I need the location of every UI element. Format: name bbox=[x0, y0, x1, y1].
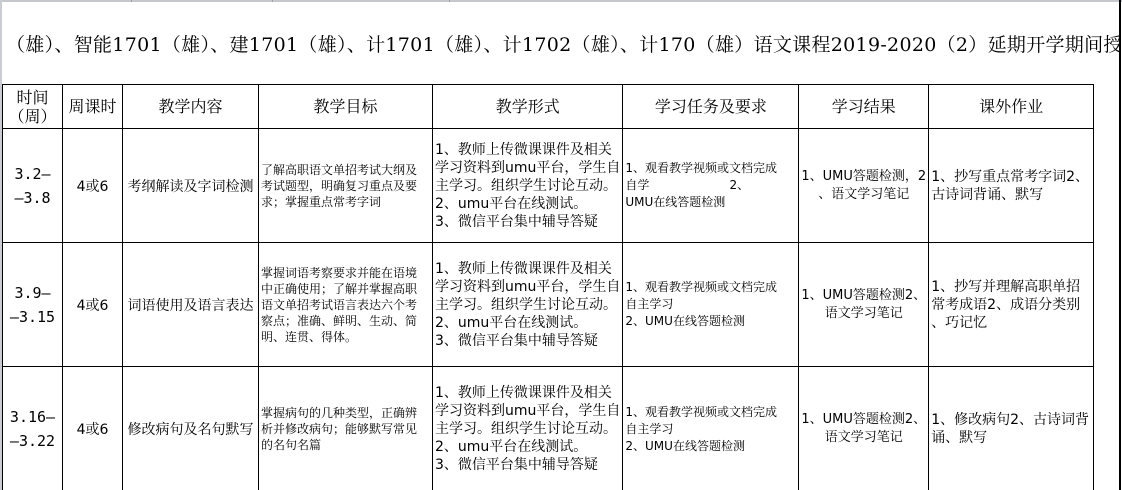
cell-line: 了解高职语文单招考试大纲及 bbox=[261, 162, 430, 178]
cell-line: 3、微信平台集中辅导答疑 bbox=[435, 332, 620, 350]
document-title-row: （雄）、智能1701（雄）、建1701（雄）、计1701（雄）、计1702（雄）… bbox=[2, 2, 1120, 84]
cell-line: 语文学习笔记 bbox=[801, 429, 926, 447]
cell-time: 3.9— —3.15 bbox=[3, 243, 63, 367]
table-row: 3.9— —3.15 4或6 词语使用及语言表达 掌握词语考察要求并能在语境 中… bbox=[3, 243, 1094, 367]
cell-line: 3.16— bbox=[5, 405, 60, 429]
cell-hours: 4或6 bbox=[63, 243, 123, 367]
header-time-line: 时间 bbox=[5, 88, 60, 107]
sheet-right-border bbox=[1119, 0, 1121, 490]
cell-line: 1、观看教学视频或文档完成 bbox=[625, 404, 796, 421]
cell-line: 1、UMU答题检测，2 bbox=[801, 168, 926, 186]
cell-line: 自主学习 bbox=[625, 421, 796, 438]
cell-line: 常考成语2、成语分类别 bbox=[931, 296, 1091, 314]
schedule-table: 时间 （周） 周课时 教学内容 教学目标 教学形式 学习任务及要求 学习结果 课… bbox=[2, 84, 1094, 490]
cell-form: 1、教师上传微课课件及相关 学习资料到umu平台，学生自 主学习。组织学生讨论互… bbox=[433, 129, 623, 243]
cell-content: 词语使用及语言表达 bbox=[123, 243, 259, 367]
cell-line: 自学 2、 bbox=[625, 177, 796, 194]
cell-line: 的名句名篇 bbox=[261, 437, 430, 453]
cell-result: 1、UMU答题检测2、 语文学习笔记 bbox=[799, 367, 929, 490]
cell-result: 1、UMU答题检测2、 语文学习笔记 bbox=[799, 243, 929, 367]
cell-task: 1、观看教学视频或文档完成 自学 2、 UMU在线答题检测 bbox=[623, 129, 799, 243]
header-teaching-form: 教学形式 bbox=[433, 85, 623, 129]
cell-line: 语文学习笔记 bbox=[801, 305, 926, 323]
cell-form: 1、教师上传微课课件及相关 学习资料到umu平台，学生自 主学习。组织学生讨论互… bbox=[433, 367, 623, 490]
cell-task: 1、观看教学视频或文档完成 自主学习 2、UMU在线答题检测 bbox=[623, 367, 799, 490]
header-weekly-hours: 周课时 bbox=[63, 85, 123, 129]
cell-line: 求；掌握重点常考字词 bbox=[261, 194, 430, 210]
cell-homework: 1、抄写重点常考字词2、 古诗词背诵、默写 bbox=[929, 129, 1094, 243]
cell-line: 掌握词语考察要求并能在语境 bbox=[261, 265, 430, 281]
cell-line: 2、umu平台在线测试。 bbox=[435, 438, 620, 456]
cell-line: —3.22 bbox=[5, 429, 60, 453]
cell-line: 学习资料到umu平台，学生自 bbox=[435, 159, 620, 177]
header-time-line: （周） bbox=[5, 107, 60, 126]
cell-line: 、语文学习笔记 bbox=[801, 186, 926, 204]
document-title: （雄）、智能1701（雄）、建1701（雄）、计1701（雄）、计1702（雄）… bbox=[2, 30, 1120, 57]
cell-line: 语文单招考试语言表达六个考 bbox=[261, 297, 430, 313]
cell-content: 考纲解读及字词检测 bbox=[123, 129, 259, 243]
cell-line: 1、UMU答题检测2、 bbox=[801, 411, 926, 429]
cell-content: 修改病句及名句默写 bbox=[123, 367, 259, 490]
cell-line: —3.8 bbox=[5, 186, 60, 210]
cell-line: 自主学习 bbox=[625, 296, 796, 313]
cell-hours: 4或6 bbox=[63, 129, 123, 243]
cell-form: 1、教师上传微课课件及相关 学习资料到umu平台，学生自 主学习。组织学生讨论互… bbox=[433, 243, 623, 367]
cell-line: 学习资料到umu平台，学生自 bbox=[435, 402, 620, 420]
header-learning-result: 学习结果 bbox=[799, 85, 929, 129]
cell-line: 3.2— bbox=[5, 162, 60, 186]
table-row: 3.16— —3.22 4或6 修改病句及名句默写 掌握病句的几种类型，正确辨 … bbox=[3, 367, 1094, 490]
cell-time: 3.16— —3.22 bbox=[3, 367, 63, 490]
table-header-row: 时间 （周） 周课时 教学内容 教学目标 教学形式 学习任务及要求 学习结果 课… bbox=[3, 85, 1094, 129]
cell-line: 析并修改病句；能够默写常见 bbox=[261, 421, 430, 437]
cell-line: 3、微信平台集中辅导答疑 bbox=[435, 456, 620, 474]
cell-line: 古诗词背诵、默写 bbox=[931, 186, 1091, 204]
cell-line: 1、抄写重点常考字词2、 bbox=[931, 168, 1091, 186]
header-time: 时间 （周） bbox=[3, 85, 63, 129]
cell-task: 1、观看教学视频或文档完成 自主学习 2、UMU在线答题检测 bbox=[623, 243, 799, 367]
cell-line: 1、教师上传微课课件及相关 bbox=[435, 141, 620, 159]
cell-line: 2、UMU在线答题检测 bbox=[625, 438, 796, 455]
cell-line: 中正确使用；了解并掌握高职 bbox=[261, 281, 430, 297]
cell-homework: 1、修改病句2、古诗词背 诵、默写 bbox=[929, 367, 1094, 490]
cell-line: 1、修改病句2、古诗词背 bbox=[931, 411, 1091, 429]
cell-goal: 掌握病句的几种类型，正确辨 析并修改病句；能够默写常见 的名句名篇 bbox=[259, 367, 433, 490]
cell-goal: 掌握词语考察要求并能在语境 中正确使用；了解并掌握高职 语文单招考试语言表达六个… bbox=[259, 243, 433, 367]
cell-line: 1、观看教学视频或文档完成 bbox=[625, 279, 796, 296]
header-teaching-content: 教学内容 bbox=[123, 85, 259, 129]
cell-line: 察点；准确、鲜明、生动、简 bbox=[261, 313, 430, 329]
cell-line: 1、抄写并理解高职单招 bbox=[931, 278, 1091, 296]
cell-homework: 1、抄写并理解高职单招 常考成语2、成语分类别 、巧记忆 bbox=[929, 243, 1094, 367]
cell-line: 主学习。组织学生讨论互动。 bbox=[435, 296, 620, 314]
table-row: 3.2— —3.8 4或6 考纲解读及字词检测 了解高职语文单招考试大纲及 考试… bbox=[3, 129, 1094, 243]
cell-line: 主学习。组织学生讨论互动。 bbox=[435, 177, 620, 195]
header-teaching-goal: 教学目标 bbox=[259, 85, 433, 129]
cell-line: 明、连贯、得体。 bbox=[261, 329, 430, 345]
cell-line: 2、UMU在线答题检测 bbox=[625, 313, 796, 330]
header-homework: 课外作业 bbox=[929, 85, 1094, 129]
cell-line: 掌握病句的几种类型，正确辨 bbox=[261, 405, 430, 421]
cell-line: 、巧记忆 bbox=[931, 314, 1091, 332]
cell-line: 1、教师上传微课课件及相关 bbox=[435, 384, 620, 402]
cell-line: 1、观看教学视频或文档完成 bbox=[625, 160, 796, 177]
cell-line: UMU在线答题检测 bbox=[625, 194, 796, 211]
cell-line: 3、微信平台集中辅导答疑 bbox=[435, 213, 620, 231]
cell-line: 学习资料到umu平台，学生自 bbox=[435, 278, 620, 296]
header-learning-task: 学习任务及要求 bbox=[623, 85, 799, 129]
cell-line: 考试题型，明确复习重点及要 bbox=[261, 178, 430, 194]
cell-line: 主学习。组织学生讨论互动。 bbox=[435, 420, 620, 438]
cell-result: 1、UMU答题检测，2 、语文学习笔记 bbox=[799, 129, 929, 243]
cell-line: 1、UMU答题检测2、 bbox=[801, 287, 926, 305]
cell-line: 2、umu平台在线测试。 bbox=[435, 195, 620, 213]
cell-goal: 了解高职语文单招考试大纲及 考试题型，明确复习重点及要 求；掌握重点常考字词 bbox=[259, 129, 433, 243]
cell-line: 1、教师上传微课课件及相关 bbox=[435, 260, 620, 278]
cell-time: 3.2— —3.8 bbox=[3, 129, 63, 243]
cell-line: 3.9— bbox=[5, 281, 60, 305]
cell-hours: 4或6 bbox=[63, 367, 123, 490]
cell-line: 2、umu平台在线测试。 bbox=[435, 314, 620, 332]
cell-line: —3.15 bbox=[5, 305, 60, 329]
cell-line: 诵、默写 bbox=[931, 429, 1091, 447]
